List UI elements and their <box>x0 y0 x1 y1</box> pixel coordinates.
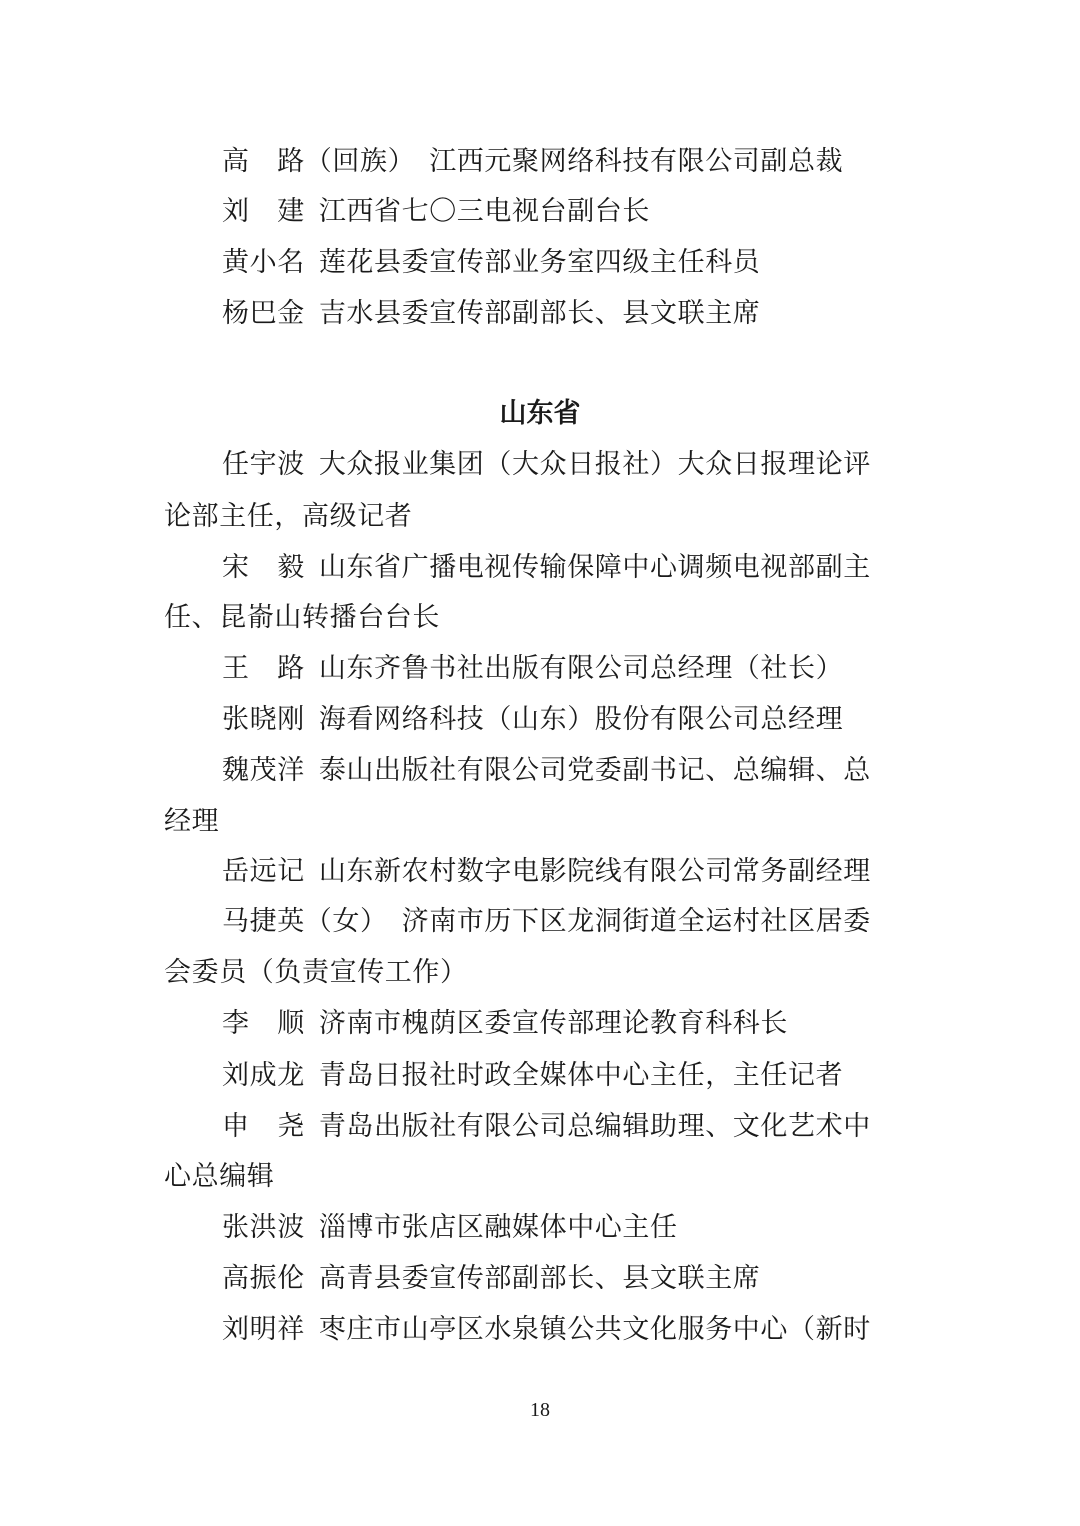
entry-line: 高振伦高青县委宣传部副部长、县文联主席 <box>222 1262 760 1296</box>
entry-line: 刘成龙青岛日报社时政全媒体中心主任，主任记者 <box>222 1059 843 1093</box>
person-title: 山东齐鲁书社出版有限公司总经理（社长） <box>319 653 843 684</box>
person-name: 高振伦 <box>222 1262 305 1296</box>
person-title: 青岛出版社有限公司总编辑助理、文化艺术中 <box>319 1111 871 1142</box>
entry-line: 申 尧青岛出版社有限公司总编辑助理、文化艺术中 <box>222 1110 871 1144</box>
entry-continuation: 任、昆嵛山转播台台长 <box>164 601 440 635</box>
person-name: 高 路（回族） <box>222 145 415 179</box>
person-name: 王 路 <box>222 652 305 686</box>
entry-line: 宋 毅山东省广播电视传输保障中心调频电视部副主 <box>222 551 871 585</box>
entry-line: 任宇波大众报业集团（大众日报社）大众日报理论评 <box>222 448 871 482</box>
entry-line: 王 路山东齐鲁书社出版有限公司总经理（社长） <box>222 652 843 686</box>
person-name: 刘 建 <box>222 195 305 229</box>
person-title: 枣庄市山亭区水泉镇公共文化服务中心（新时 <box>319 1314 871 1345</box>
person-title: 大众报业集团（大众日报社）大众日报理论评 <box>319 449 871 480</box>
person-name: 宋 毅 <box>222 551 305 585</box>
person-name: 黄小名 <box>222 246 305 280</box>
person-name: 杨巴金 <box>222 297 305 331</box>
entry-continuation: 会委员（负责宣传工作） <box>164 956 468 990</box>
person-title: 江西元聚网络科技有限公司副总裁 <box>429 146 843 177</box>
person-title: 济南市历下区龙洞街道全运村社区居委 <box>402 906 871 937</box>
person-title: 高青县委宣传部副部长、县文联主席 <box>319 1263 761 1294</box>
entry-line: 张晓刚海看网络科技（山东）股份有限公司总经理 <box>222 703 843 737</box>
person-name: 申 尧 <box>222 1110 305 1144</box>
entry-continuation: 经理 <box>164 805 219 839</box>
section-heading: 山东省 <box>0 397 1080 431</box>
person-name: 岳远记 <box>222 855 305 889</box>
person-title: 山东新农村数字电影院线有限公司常务副经理 <box>319 856 871 887</box>
person-title: 山东省广播电视传输保障中心调频电视部副主 <box>319 552 871 583</box>
person-name: 魏茂洋 <box>222 754 305 788</box>
person-title: 江西省七〇三电视台副台长 <box>319 196 650 227</box>
entry-line: 魏茂洋泰山出版社有限公司党委副书记、总编辑、总 <box>222 754 871 788</box>
person-title: 吉水县委宣传部副部长、县文联主席 <box>319 298 761 329</box>
person-title: 莲花县委宣传部业务室四级主任科员 <box>319 247 761 278</box>
person-name: 张洪波 <box>222 1211 305 1245</box>
entry-line: 张洪波淄博市张店区融媒体中心主任 <box>222 1211 678 1245</box>
entry-line: 杨巴金吉水县委宣传部副部长、县文联主席 <box>222 297 760 331</box>
person-title: 淄博市张店区融媒体中心主任 <box>319 1212 678 1243</box>
person-title: 泰山出版社有限公司党委副书记、总编辑、总 <box>319 755 871 786</box>
person-name: 刘明祥 <box>222 1313 305 1347</box>
person-name: 李 顺 <box>222 1007 305 1041</box>
person-name: 张晓刚 <box>222 703 305 737</box>
entry-line: 岳远记山东新农村数字电影院线有限公司常务副经理 <box>222 855 871 889</box>
person-title: 济南市槐荫区委宣传部理论教育科科长 <box>319 1008 788 1039</box>
person-title: 青岛日报社时政全媒体中心主任，主任记者 <box>319 1060 843 1091</box>
entry-line: 黄小名莲花县委宣传部业务室四级主任科员 <box>222 246 760 280</box>
document-page: 高 路（回族）江西元聚网络科技有限公司副总裁 刘 建江西省七〇三电视台副台长 黄… <box>0 0 1080 1526</box>
page-number: 18 <box>0 1398 1080 1422</box>
entry-line: 刘明祥枣庄市山亭区水泉镇公共文化服务中心（新时 <box>222 1313 871 1347</box>
person-name: 任宇波 <box>222 448 305 482</box>
person-title: 海看网络科技（山东）股份有限公司总经理 <box>319 704 843 735</box>
entry-continuation: 心总编辑 <box>164 1160 274 1194</box>
person-name: 马捷英（女） <box>222 905 388 939</box>
entry-line: 刘 建江西省七〇三电视台副台长 <box>222 195 650 229</box>
person-name: 刘成龙 <box>222 1059 305 1093</box>
entry-line: 高 路（回族）江西元聚网络科技有限公司副总裁 <box>222 145 843 179</box>
entry-line: 李 顺济南市槐荫区委宣传部理论教育科科长 <box>222 1007 788 1041</box>
entry-line: 马捷英（女）济南市历下区龙洞街道全运村社区居委 <box>222 905 871 939</box>
entry-continuation: 论部主任，高级记者 <box>164 500 412 534</box>
